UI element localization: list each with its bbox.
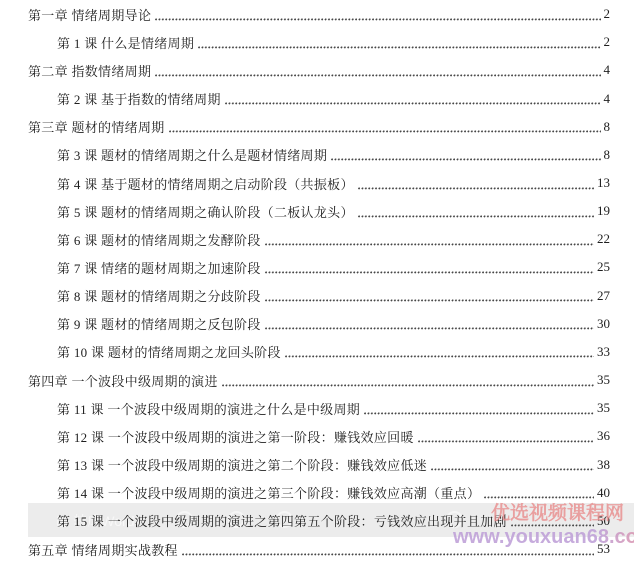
toc-row[interactable]: 第 8 课 题材的情绪周期之分歧阶段 27 [0, 282, 634, 310]
toc-dot-leader [222, 384, 594, 387]
toc-row[interactable]: 第 3 课 题材的情绪周期之什么是题材情绪周期 8 [0, 141, 634, 169]
toc-row[interactable]: 第 7 课 情绪的题材周期之加速阶段 25 [0, 253, 634, 281]
toc-page-number: 2 [604, 34, 611, 50]
toc-entry-label: 第二章 指数情绪周期 [28, 61, 151, 80]
toc-dot-leader [265, 243, 594, 246]
toc-entry-label: 第 6 课 题材的情绪周期之发酵阶段 [57, 230, 261, 249]
toc-page-number: 8 [604, 147, 611, 163]
toc-page-number: 35 [597, 372, 610, 388]
toc-dot-leader [225, 102, 601, 105]
toc-dot-leader [155, 18, 600, 21]
toc-page-number: 36 [597, 428, 610, 444]
toc-entry-label: 第 12 课 一个波段中级周期的演进之第一阶段：赚钱效应回暖 [57, 427, 414, 446]
toc-row[interactable]: 第四章 一个波段中级周期的演进 35 [0, 366, 634, 394]
toc-entry-label: 第 15 课 一个波段中级周期的演进之第四第五个阶段：亏钱效应出现并且加剧 [57, 511, 507, 530]
toc-page-number: 25 [597, 259, 610, 275]
toc-entry-label: 第四章 一个波段中级周期的演进 [28, 371, 218, 390]
watermark-site-url: www.youxuan68.com [453, 524, 634, 550]
toc-row[interactable]: 第 5 课 题材的情绪周期之确认阶段（二板认龙头） 19 [0, 197, 634, 225]
watermark-site-name: 优选视频课程网 [491, 503, 624, 524]
toc-entry-label: 第 11 课 一个波段中级周期的演进之什么是中级周期 [57, 399, 360, 418]
toc-row[interactable]: 第 11 课 一个波段中级周期的演进之什么是中级周期 35 [0, 394, 634, 422]
toc-entry-label: 第 13 课 一个波段中级周期的演进之第二个阶段：赚钱效应低迷 [57, 455, 427, 474]
toc-entry-label: 第一章 情绪周期导论 [28, 5, 151, 24]
toc-page-number: 33 [597, 344, 610, 360]
toc-row[interactable]: 第 4 课 基于题材的情绪周期之启动阶段（共振板） 13 [0, 169, 634, 197]
toc-entry-label: 第 5 课 题材的情绪周期之确认阶段（二板认龙头） [57, 202, 354, 221]
toc-page-number: 19 [597, 203, 610, 219]
toc-entry-label: 第 4 课 基于题材的情绪周期之启动阶段（共振板） [57, 174, 354, 193]
toc-row[interactable]: 第 13 课 一个波段中级周期的演进之第二个阶段：赚钱效应低迷 38 [0, 451, 634, 479]
toc-entry-label: 第 10 课 题材的情绪周期之龙回头阶段 [57, 342, 281, 361]
toc-page-number: 13 [597, 175, 610, 191]
toc-page-number: 2 [604, 6, 611, 22]
toc-dot-leader [358, 215, 594, 218]
toc-row[interactable]: 第 12 课 一个波段中级周期的演进之第一阶段：赚钱效应回暖 36 [0, 422, 634, 450]
toc-dot-leader [285, 355, 594, 358]
toc-entry-label: 第 2 课 基于指数的情绪周期 [57, 89, 221, 108]
toc-row[interactable]: 第一章 情绪周期导论 2 [0, 0, 634, 28]
toc-page-number: 8 [604, 119, 611, 135]
table-of-contents: 第一章 情绪周期导论 2 第 1 课 什么是情绪周期 2 第二章 指数情绪周期 … [0, 0, 634, 563]
toc-entry-label: 第 8 课 题材的情绪周期之分歧阶段 [57, 286, 261, 305]
toc-dot-leader [265, 327, 594, 330]
toc-entry-label: 第 14 课 一个波段中级周期的演进之第三个阶段：赚钱效应高潮（重点） [57, 483, 480, 502]
toc-page-number: 40 [597, 485, 610, 501]
toc-entry-label: 第 1 课 什么是情绪周期 [57, 33, 194, 52]
toc-page-number: 35 [597, 400, 610, 416]
toc-entry-label: 第 3 课 题材的情绪周期之什么是题材情绪周期 [57, 145, 327, 164]
toc-dot-leader [484, 496, 594, 499]
toc-page-number: 22 [597, 231, 610, 247]
toc-page-number: 38 [597, 457, 610, 473]
toc-row[interactable]: 第 1 课 什么是情绪周期 2 [0, 28, 634, 56]
toc-dot-leader [198, 46, 600, 49]
toc-dot-leader [265, 271, 594, 274]
toc-dot-leader [431, 468, 594, 471]
toc-dot-leader [364, 412, 594, 415]
toc-page-number: 27 [597, 288, 610, 304]
toc-dot-leader [418, 440, 594, 443]
toc-page-number: 4 [604, 91, 611, 107]
toc-page-number: 4 [604, 62, 611, 78]
toc-row[interactable]: 第 6 课 题材的情绪周期之发酵阶段 22 [0, 225, 634, 253]
toc-row[interactable]: 第二章 指数情绪周期 4 [0, 56, 634, 84]
toc-entry-label: 第 7 课 情绪的题材周期之加速阶段 [57, 258, 261, 277]
toc-entry-label: 第五章 情绪周期实战教程 [28, 540, 178, 559]
toc-dot-leader [155, 74, 600, 77]
toc-dot-leader [182, 553, 594, 556]
toc-row[interactable]: 第 2 课 基于指数的情绪周期 4 [0, 84, 634, 112]
toc-row[interactable]: 第 10 课 题材的情绪周期之龙回头阶段 33 [0, 338, 634, 366]
toc-entry-label: 第 9 课 题材的情绪周期之反包阶段 [57, 314, 261, 333]
document-page: 第一章 情绪周期导论 2 第 1 课 什么是情绪周期 2 第二章 指数情绪周期 … [0, 0, 634, 564]
toc-dot-leader [358, 187, 594, 190]
toc-dot-leader [265, 299, 594, 302]
toc-dot-leader [169, 130, 601, 133]
toc-dot-leader [331, 158, 600, 161]
toc-row[interactable]: 第三章 题材的情绪周期 8 [0, 113, 634, 141]
toc-page-number: 30 [597, 316, 610, 332]
toc-row[interactable]: 第 9 课 题材的情绪周期之反包阶段 30 [0, 310, 634, 338]
toc-entry-label: 第三章 题材的情绪周期 [28, 117, 165, 136]
